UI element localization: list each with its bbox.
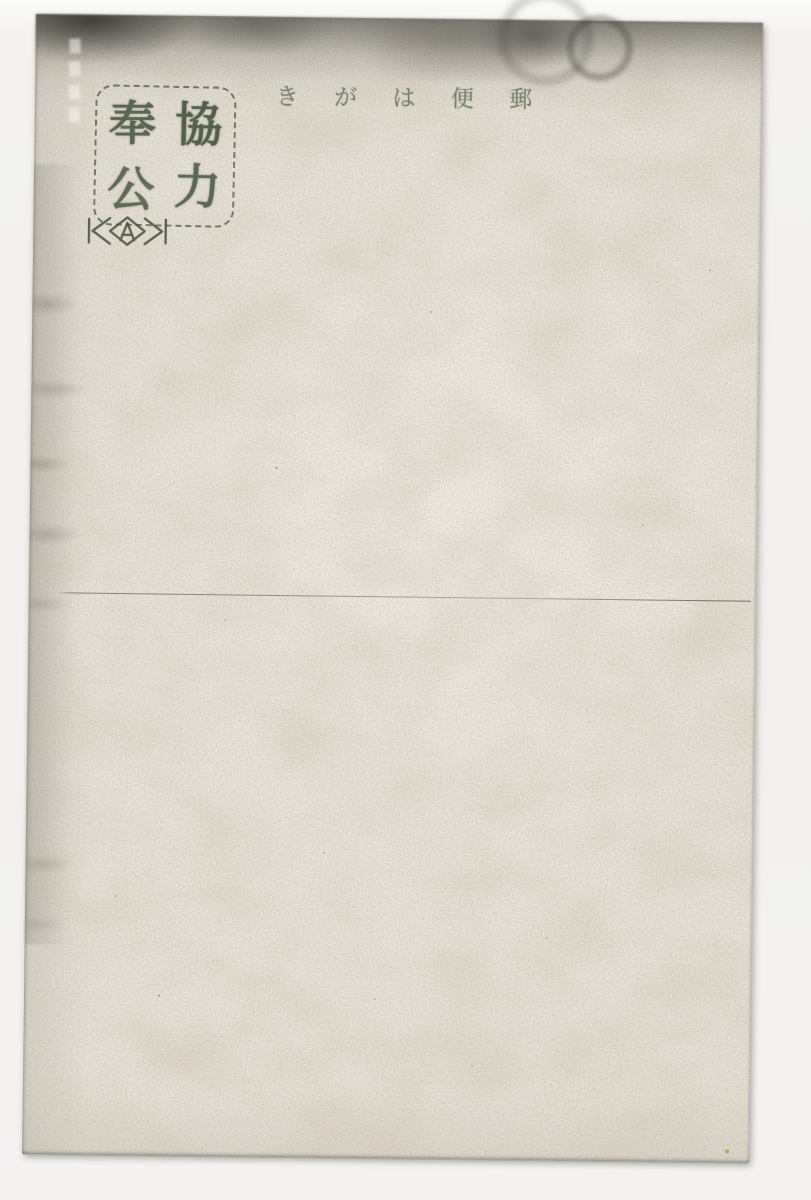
publisher-monogram-icon <box>85 211 169 252</box>
scanner-background: き が は 便 郵 奉 協 公 力 <box>0 0 811 1200</box>
stamp-character: 協 <box>175 101 223 149</box>
stamp-character: 力 <box>173 163 221 211</box>
stamp-character: 公 <box>107 166 155 214</box>
ghost-ring-artifact <box>566 14 633 81</box>
paper-specks <box>36 14 38 16</box>
corner-stain <box>725 1150 729 1154</box>
ink-smudge-left-edge <box>25 164 105 945</box>
slogan-stamp-box: 奉 協 公 力 <box>93 84 237 228</box>
stamp-character: 奉 <box>109 100 156 147</box>
fold-line <box>57 592 751 601</box>
postcard: き が は 便 郵 奉 協 公 力 <box>22 14 763 1163</box>
ghost-ring-artifact <box>497 0 594 87</box>
